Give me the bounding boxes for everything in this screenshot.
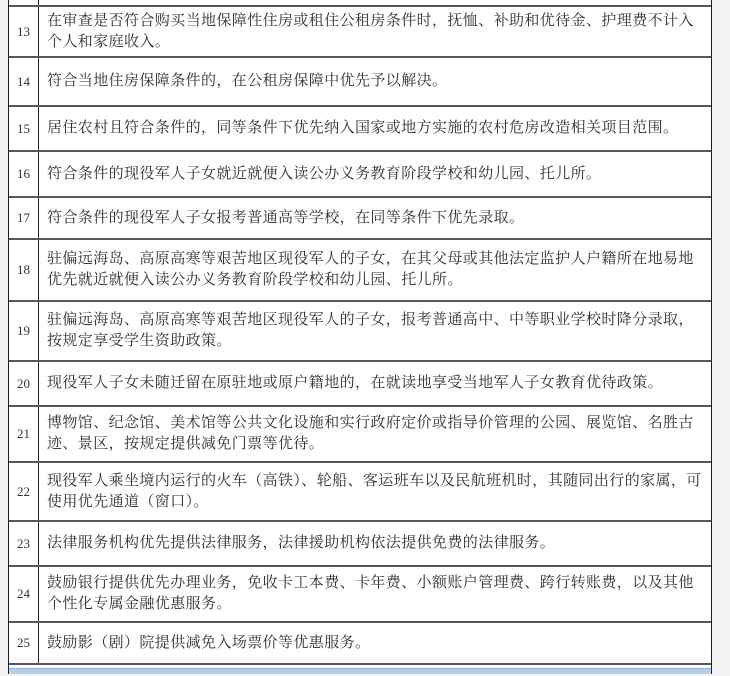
table-row: 13 在审查是否符合购买当地保障性住房或租住公租房条件时，抚恤、补助和优待金、护… <box>9 7 711 58</box>
table-row: 18 驻偏远海岛、高原高寒等艰苦地区现役军人的子女，在其父母或其他法定监护人户籍… <box>9 240 711 302</box>
benefits-table: 13 在审查是否符合购买当地保障性住房或租住公租房条件时，抚恤、补助和优待金、护… <box>8 0 712 674</box>
table-row: 17 符合条件的现役军人子女报考普通高等学校，在同等条件下优先录取。 <box>9 198 711 240</box>
row-text: 驻偏远海岛、高原高寒等艰苦地区现役军人的子女，报考普通高中、中等职业学校时降分录… <box>39 302 711 360</box>
row-text: 现役军人子女未随迁留在原驻地或原户籍地的，在就读地享受当地军人子女教育优待政策。 <box>39 362 711 405</box>
table-row-partial-bottom <box>9 665 711 674</box>
table-row: 19 驻偏远海岛、高原高寒等艰苦地区现役军人的子女，报考普通高中、中等职业学校时… <box>9 302 711 362</box>
table-row: 23 法律服务机构优先提供法律服务，法律援助机构依法提供免费的法律服务。 <box>9 522 711 567</box>
row-number: 15 <box>9 107 39 150</box>
table-row: 24 鼓励银行提供优先办理业务，免收卡工本费、卡年费、小额账户管理费、跨行转账费… <box>9 567 711 623</box>
row-text: 驻偏远海岛、高原高寒等艰苦地区现役军人的子女，在其父母或其他法定监护人户籍所在地… <box>39 240 711 300</box>
row-number: 19 <box>9 302 39 360</box>
row-text-content: 鼓励影（剧）院提供减免入场票价等优惠服务。 <box>47 633 370 654</box>
row-text: 现役军人乘坐境内运行的火车（高铁）、轮船、客运班车以及民航班机时，其随同出行的家… <box>39 463 711 520</box>
table-row: 21 博物馆、纪念馆、美术馆等公共文化设施和实行政府定价或指导价管理的公园、展览… <box>9 407 711 463</box>
row-number: 24 <box>9 567 39 621</box>
row-text: 鼓励银行提供优先办理业务，免收卡工本费、卡年费、小额账户管理费、跨行转账费，以及… <box>39 567 711 621</box>
row-text-content: 鼓励银行提供优先办理业务，免收卡工本费、卡年费、小额账户管理费、跨行转账费，以及… <box>47 573 705 615</box>
row-text: 博物馆、纪念馆、美术馆等公共文化设施和实行政府定价或指导价管理的公园、展览馆、名… <box>39 407 711 461</box>
row-number: 14 <box>9 58 39 105</box>
row-number: 16 <box>9 152 39 196</box>
table-row: 14 符合当地住房保障条件的，在公租房保障中优先予以解决。 <box>9 58 711 107</box>
table-row: 22 现役军人乘坐境内运行的火车（高铁）、轮船、客运班车以及民航班机时，其随同出… <box>9 463 711 522</box>
row-number: 23 <box>9 522 39 565</box>
table-row: 25 鼓励影（剧）院提供减免入场票价等优惠服务。 <box>9 623 711 665</box>
table-row: 15 居住农村且符合条件的，同等条件下优先纳入国家或地方实施的农村危房改造相关项… <box>9 107 711 152</box>
highlight-strip <box>9 668 711 674</box>
row-text-content: 居住农村且符合条件的，同等条件下优先纳入国家或地方实施的农村危房改造相关项目范围… <box>47 118 678 139</box>
row-number: 17 <box>9 198 39 238</box>
row-text: 鼓励影（剧）院提供减免入场票价等优惠服务。 <box>39 623 711 663</box>
row-text: 法律服务机构优先提供法律服务，法律援助机构依法提供免费的法律服务。 <box>39 522 711 565</box>
row-number: 18 <box>9 240 39 300</box>
table-row: 20 现役军人子女未随迁留在原驻地或原户籍地的，在就读地享受当地军人子女教育优待… <box>9 362 711 407</box>
table-row-partial-top <box>9 0 711 7</box>
row-text: 居住农村且符合条件的，同等条件下优先纳入国家或地方实施的农村危房改造相关项目范围… <box>39 107 711 150</box>
row-text-content: 驻偏远海岛、高原高寒等艰苦地区现役军人的子女，报考普通高中、中等职业学校时降分录… <box>47 310 705 352</box>
row-text: 符合条件的现役军人子女就近就便入读公办义务教育阶段学校和幼儿园、托儿所。 <box>39 152 711 196</box>
row-number: 20 <box>9 362 39 405</box>
row-number: 13 <box>9 7 39 56</box>
row-text-content: 现役军人子女未随迁留在原驻地或原户籍地的，在就读地享受当地军人子女教育优待政策。 <box>47 373 663 394</box>
row-number: 25 <box>9 623 39 663</box>
row-text-content: 博物馆、纪念馆、美术馆等公共文化设施和实行政府定价或指导价管理的公园、展览馆、名… <box>47 413 705 455</box>
row-text-content: 符合当地住房保障条件的，在公租房保障中优先予以解决。 <box>47 71 447 92</box>
row-number <box>9 0 39 5</box>
row-text: 符合条件的现役军人子女报考普通高等学校，在同等条件下优先录取。 <box>39 198 711 238</box>
table-row: 16 符合条件的现役军人子女就近就便入读公办义务教育阶段学校和幼儿园、托儿所。 <box>9 152 711 198</box>
row-text-content: 符合条件的现役军人子女就近就便入读公办义务教育阶段学校和幼儿园、托儿所。 <box>47 164 601 185</box>
row-number: 21 <box>9 407 39 461</box>
row-text-content: 符合条件的现役军人子女报考普通高等学校，在同等条件下优先录取。 <box>47 208 524 229</box>
row-text-content: 现役军人乘坐境内运行的火车（高铁）、轮船、客运班车以及民航班机时，其随同出行的家… <box>47 471 705 513</box>
row-number: 22 <box>9 463 39 520</box>
row-text <box>39 0 711 5</box>
row-text: 符合当地住房保障条件的，在公租房保障中优先予以解决。 <box>39 58 711 105</box>
row-text-content: 法律服务机构优先提供法律服务，法律援助机构依法提供免费的法律服务。 <box>47 533 555 554</box>
row-text: 在审查是否符合购买当地保障性住房或租住公租房条件时，抚恤、补助和优待金、护理费不… <box>39 7 711 56</box>
row-text-content: 在审查是否符合购买当地保障性住房或租住公租房条件时，抚恤、补助和优待金、护理费不… <box>47 11 705 53</box>
row-text-content: 驻偏远海岛、高原高寒等艰苦地区现役军人的子女，在其父母或其他法定监护人户籍所在地… <box>47 249 705 291</box>
